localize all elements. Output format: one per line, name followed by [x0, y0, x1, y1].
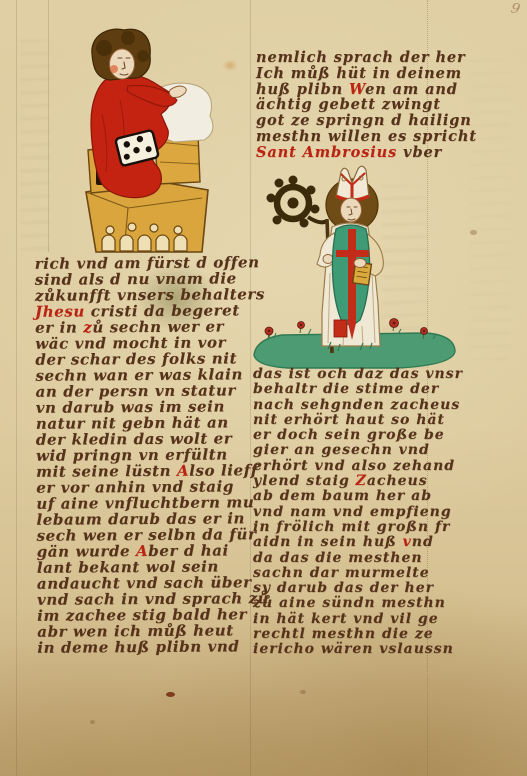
manuscript-text-line: nemlich sprach der her	[256, 50, 468, 66]
bishop-face	[341, 198, 362, 222]
manuscript-text-line: aidn in sein huß vnd	[253, 535, 465, 550]
right-hand	[354, 259, 366, 268]
show-through-text	[20, 40, 50, 255]
head	[92, 29, 150, 80]
manuscript-text-line: sachn dar murmelte	[253, 566, 465, 581]
rosy-cheek	[110, 65, 118, 73]
manuscript-text-line: gier an gesechn vnd	[253, 443, 465, 458]
ruling-line-left	[16, 0, 17, 776]
manuscript-text-line: er doch sein große be	[253, 428, 465, 443]
manuscript-text-line: das ist och daz das vnsr	[253, 367, 465, 382]
manuscript-text-line: Ich můß hüt in deinem	[256, 66, 468, 82]
manuscript-text-line: iericho wären vslaussn	[253, 642, 465, 657]
freckle	[90, 720, 95, 724]
manuscript-text-line: erhört vnd also zehand	[253, 459, 465, 474]
manuscript-text-line: ab dem baum her ab	[253, 489, 465, 504]
manuscript-text-line: nach sehgnden zacheus	[253, 398, 465, 413]
manuscript-text-line: zů aine sündn mesthn	[253, 596, 465, 611]
crozier-crook	[267, 176, 328, 228]
left-text-column: rich vnd am fürst d offensind als d nu v…	[35, 254, 254, 655]
red-robe-panel	[334, 320, 347, 337]
folio-number: 9	[509, 0, 521, 18]
manuscript-text-line: behaltr die stime der	[253, 382, 465, 397]
mitre	[336, 166, 369, 200]
manuscript-page: 9	[0, 0, 527, 776]
right-text-column-bottom: das ist och daz das vnsrbehaltr die stim…	[253, 367, 465, 658]
manuscript-text-line: da das die mesthen	[253, 551, 465, 566]
right-text-column-top: nemlich sprach der herIch můß hüt in dei…	[256, 50, 468, 161]
manuscript-text-line: ylend staig Zacheus	[253, 474, 465, 489]
show-through-text	[470, 60, 510, 360]
manuscript-text-line: rechtl mesthn die ze	[253, 627, 465, 642]
ink-speck	[166, 692, 175, 697]
freckle	[300, 690, 306, 694]
manuscript-text-line: in deme huß plibn vnd	[37, 638, 253, 656]
freckle	[470, 230, 477, 235]
manuscript-text-line: in hät kert vnd vil ge	[253, 612, 465, 627]
zacchaeus-miniature	[58, 22, 240, 260]
manuscript-text-line: vnd nam vnd empfieng	[253, 505, 465, 520]
left-hand	[323, 255, 333, 264]
manuscript-text-line: Sant Ambrosius vber	[256, 145, 468, 161]
manuscript-text-line: ächtig gebett zwingt	[256, 97, 468, 113]
manuscript-text-line: got ze springn d hailign	[256, 113, 468, 129]
saint-ambrosius-miniature	[248, 163, 463, 375]
manuscript-text-line: in frölich mit großn fr	[253, 520, 465, 535]
manuscript-text-line: nit erhört haut so hät	[253, 413, 465, 428]
manuscript-text-line: huß plibn Wen am and	[256, 82, 468, 98]
manuscript-text-line: mesthn willen es spricht	[256, 129, 468, 145]
